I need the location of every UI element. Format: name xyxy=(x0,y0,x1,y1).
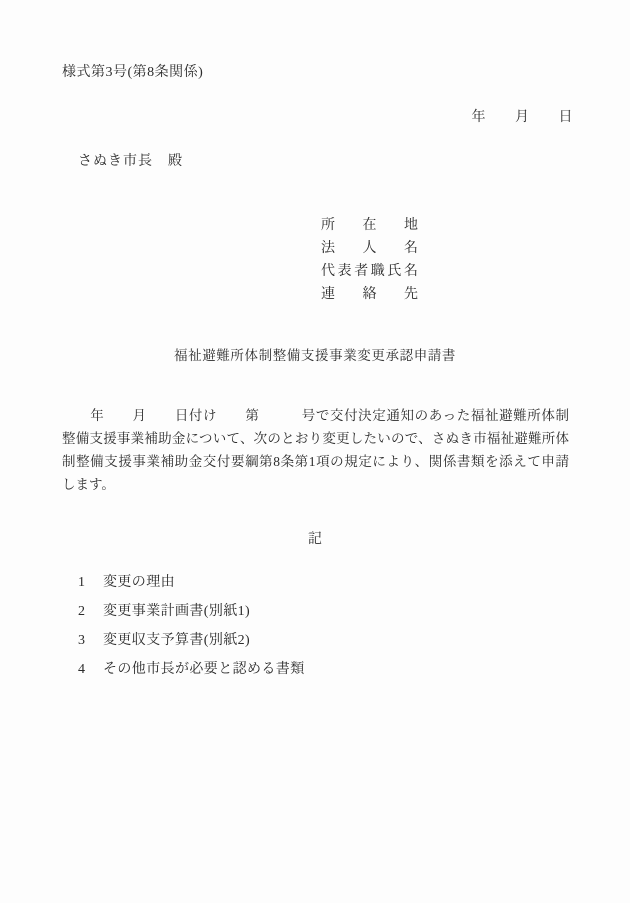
item-number: 4 xyxy=(78,660,91,680)
applicant-info-block: 所在地 法人名 代表者職氏名 連絡先 xyxy=(321,214,418,306)
list-item: 1 変更の理由 xyxy=(78,573,305,593)
item-number: 3 xyxy=(78,631,91,651)
item-text: 変更事業計画書(別紙1) xyxy=(103,602,250,622)
applicant-field-corporate-name: 法人名 xyxy=(321,237,418,260)
body-line: 制整備支援事業補助金交付要綱第8条第1項の規定により、関係書類を添えて申請 xyxy=(62,450,569,473)
body-paragraph: 年 月 日付け 第 号で交付決定通知のあった福祉避難所体制 整備支援事業補助金に… xyxy=(62,404,569,496)
body-line: します。 xyxy=(62,473,569,496)
date-line: 年 月 日 xyxy=(472,106,574,126)
item-text: その他市長が必要と認める書類 xyxy=(103,660,305,680)
body-line: 年 月 日付け 第 号で交付決定通知のあった福祉避難所体制 xyxy=(62,404,569,427)
item-text: 変更の理由 xyxy=(103,573,175,593)
body-line: 整備支援事業補助金について、次のとおり変更したいので、さぬき市福祉避難所体 xyxy=(62,427,569,450)
attachment-list: 1 変更の理由 2 変更事業計画書(別紙1) 3 変更収支予算書(別紙2) 4 … xyxy=(78,573,305,689)
item-text: 変更収支予算書(別紙2) xyxy=(103,631,250,651)
document-page: 様式第3号(第8条関係) 年 月 日 さぬき市長 殿 所在地 法人名 代表者職氏… xyxy=(0,0,630,903)
list-item: 4 その他市長が必要と認める書類 xyxy=(78,660,305,680)
document-title: 福祉避難所体制整備支援事業変更承認申請書 xyxy=(0,344,630,364)
item-number: 2 xyxy=(78,602,91,622)
applicant-field-representative: 代表者職氏名 xyxy=(321,260,418,283)
form-number: 様式第3号(第8条関係) xyxy=(62,61,203,81)
applicant-field-address: 所在地 xyxy=(321,214,418,237)
record-heading: 記 xyxy=(0,528,630,548)
list-item: 2 変更事業計画書(別紙1) xyxy=(78,602,305,622)
list-item: 3 変更収支予算書(別紙2) xyxy=(78,631,305,651)
applicant-field-contact: 連絡先 xyxy=(321,283,418,306)
addressee: さぬき市長 殿 xyxy=(78,150,183,170)
item-number: 1 xyxy=(78,573,91,593)
